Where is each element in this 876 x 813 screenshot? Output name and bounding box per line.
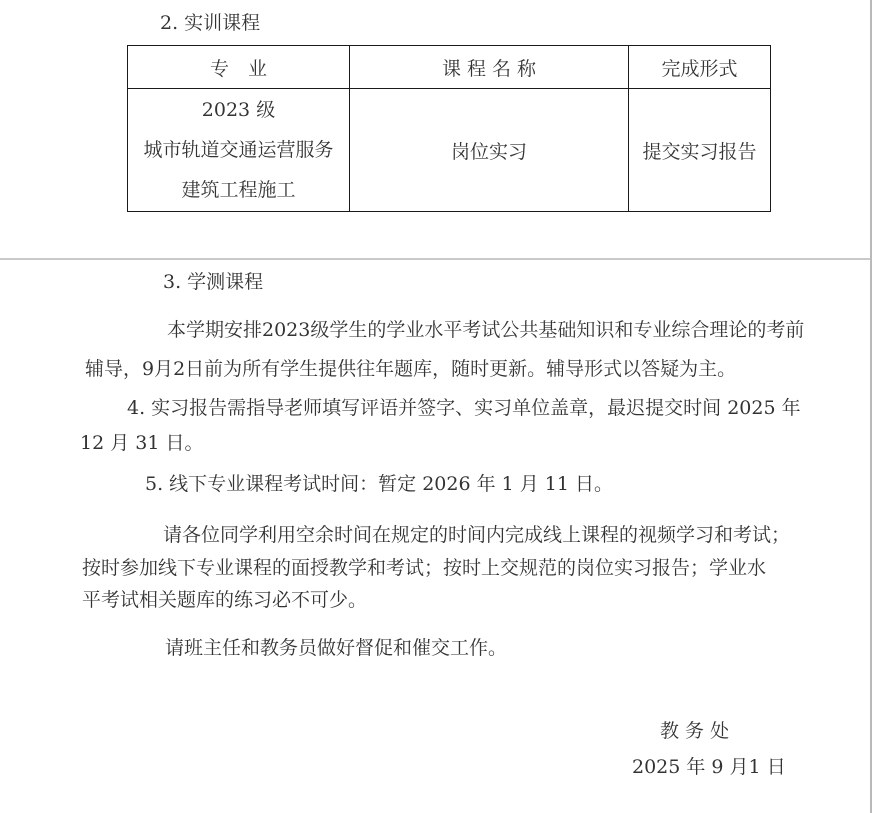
table-row: 2023 级 城市轨道交通运营服务 建筑工程施工 岗位实习 提交实习报告 xyxy=(128,89,771,212)
table-cell-completion-form: 提交实习报告 xyxy=(629,89,771,212)
table-header-row: 专 业 课 程 名 称 完成形式 xyxy=(128,46,771,89)
major-line-construction: 建筑工程施工 xyxy=(128,170,349,210)
paragraph-internship-report-line1: 4. 实习报告需指导老师填写评语并签字、实习单位盖章，最迟提交时间 2025 年 xyxy=(127,397,801,419)
paragraph-internship-report-line2: 12 月 31 日。 xyxy=(80,432,203,454)
paragraph-teacher-reminder: 请班主任和教务员做好督促和催交工作。 xyxy=(165,637,507,659)
paragraph-exam-tutoring-line2: 辅导，9月2日前为所有学生提供往年题库，随时更新。辅导形式以答疑为主。 xyxy=(85,358,736,380)
paragraph-student-requirements-line2: 按时参加线下专业课程的面授教学和考试；按时上交规范的岗位实习报告；学业水 xyxy=(82,557,766,579)
document-page: 2. 实训课程 专 业 课 程 名 称 完成形式 2023 级 城市轨道交通运营… xyxy=(0,0,876,813)
table-cell-major: 2023 级 城市轨道交通运营服务 建筑工程施工 xyxy=(128,89,350,212)
practical-course-table: 专 业 课 程 名 称 完成形式 2023 级 城市轨道交通运营服务 建筑工程施… xyxy=(127,45,771,212)
page-separator-line xyxy=(0,258,871,260)
table-header-course-name: 课 程 名 称 xyxy=(350,46,629,89)
signature-date: 2025 年 9 月1 日 xyxy=(632,756,786,778)
table-cell-course-name: 岗位实习 xyxy=(350,89,629,212)
signature-academic-affairs-office: 教 务 处 xyxy=(660,720,729,742)
paragraph-exam-tutoring-line1: 本学期安排2023级学生的学业水平考试公共基础知识和专业综合理论的考前 xyxy=(167,319,804,341)
paragraph-student-requirements-line1: 请各位同学利用空余时间在规定的时间内完成线上课程的视频学习和考试； xyxy=(163,524,790,546)
section2-heading: 2. 实训课程 xyxy=(160,12,260,34)
major-line-grade: 2023 级 xyxy=(128,90,349,130)
table-header-major: 专 业 xyxy=(128,46,350,89)
paragraph-offline-exam-time: 5. 线下专业课程考试时间：暂定 2026 年 1 月 11 日。 xyxy=(145,473,613,495)
section3-heading: 3. 学测课程 xyxy=(163,271,263,293)
table-header-completion-form: 完成形式 xyxy=(629,46,771,89)
paragraph-student-requirements-line3: 平考试相关题库的练习必不可少。 xyxy=(82,589,367,611)
major-line-urban-rail: 城市轨道交通运营服务 xyxy=(128,130,349,170)
page-edge-line xyxy=(870,0,872,813)
